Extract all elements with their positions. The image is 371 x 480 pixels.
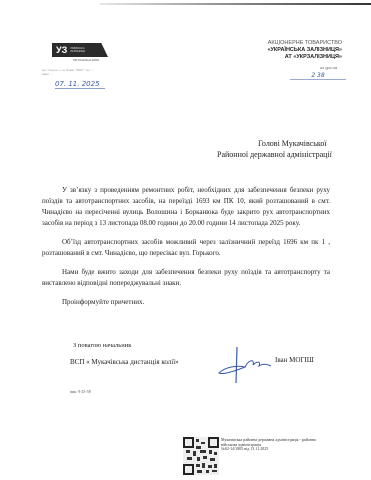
company-header: АКЦІОНЕРНЕ ТОВАРИСТВО «УКРАЇНСЬКА ЗАЛІЗН… [250,40,342,61]
paragraph: Проінформуйте причетних. [42,297,330,308]
registration-stamp: Мукачівська районна державна адміністрац… [221,438,341,452]
branch-label: РЕГІОНАЛЬНА ФІЛІЯ [73,59,99,62]
uz-logo: УЗ ЛЬВІВСЬКА ЗАЛІЗНИЦЯ [52,43,108,57]
paragraph: У зв’язку з проведенням ремонтних робіт,… [42,185,330,229]
handwritten-date: 07. 11. 2025 [55,80,105,89]
paragraph: Об’їзд автотранспортних засобів можливий… [42,237,330,259]
website: uz.gov.ua [320,65,337,70]
signer-position: ВСП « Мукачівська дистанція колії» [70,358,179,366]
closing: З повагою начальник [73,342,131,349]
executor-phone: вик: 9-25-58 [70,389,91,394]
sender-address: вул. Гоголя, 1, м. Львів, 79007, тел.: .… [42,68,142,76]
letter-body: У зв’язку з проведенням ремонтних робіт,… [42,185,330,316]
logo-name: ЛЬВІВСЬКА ЗАЛІЗНИЦЯ [70,47,85,53]
scan-edge-line [100,3,371,5]
qr-code-icon [183,437,219,475]
logo-mark: УЗ [56,45,67,55]
signature-icon [215,345,275,385]
paragraph: Нами буде вжито заходи для забезпечення … [42,267,330,289]
handwritten-outgoing-number: 2 38 [290,72,346,80]
signer-name: Іван МОГІШ [275,356,314,364]
addressee: Голові Мукачівської Районної державної а… [217,138,332,160]
